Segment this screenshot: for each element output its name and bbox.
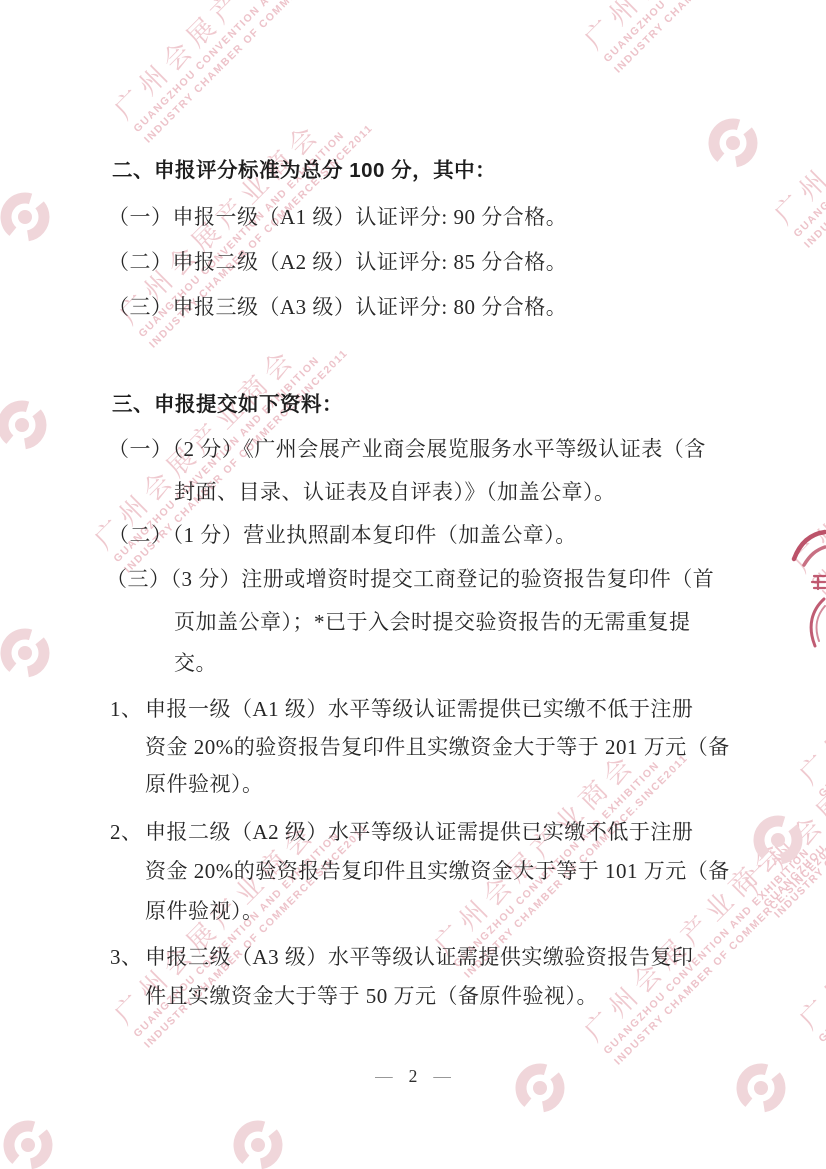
section-two-item-1: （一）申报一级（A1 级）认证评分: 90 分合格。 bbox=[108, 204, 567, 230]
section-three-heading: 三、申报提交如下资料： bbox=[112, 392, 343, 418]
footer-dash-right: — bbox=[433, 1066, 451, 1086]
page-footer: —2— bbox=[0, 1066, 826, 1087]
section-two-item-2: （二）申报二级（A2 级）认证评分: 85 分合格。 bbox=[108, 249, 567, 275]
document-page: 广州会展产业商会GUANGZHOU CONVENTION AND EXHIBIT… bbox=[0, 0, 826, 1169]
numbered-item-2-marker: 2、 bbox=[110, 819, 143, 845]
section-three-item-3-line-3: 交。 bbox=[174, 650, 217, 676]
numbered-item-3-marker: 3、 bbox=[110, 944, 143, 970]
section-three-item-2-line-1: （二）（1 分）营业执照副本复印件（加盖公章）。 bbox=[108, 522, 577, 548]
section-two-item-3: （三）申报三级（A3 级）认证评分: 80 分合格。 bbox=[108, 294, 567, 320]
numbered-item-1-line-1: 申报一级（A1 级）水平等级认证需提供已实缴不低于注册 bbox=[145, 696, 693, 722]
numbered-item-2-line-2: 资金 20%的验资报告复印件且实缴资金大于等于 101 万元（备 bbox=[145, 858, 730, 884]
numbered-item-1-line-3: 原件验视）。 bbox=[145, 771, 264, 797]
section-three-item-3-line-1: （三）（3 分）注册或增资时提交工商登记的验资报告复印件（首 bbox=[106, 566, 714, 592]
document-content: 二、申报评分标准为总分 100 分，其中： （一）申报一级（A1 级）认证评分:… bbox=[0, 0, 826, 1169]
section-three-item-1-line-2: 封面、目录、认证表及自评表）》（加盖公章）。 bbox=[174, 479, 616, 505]
numbered-item-3-line-1: 申报三级（A3 级）水平等级认证需提供实缴验资报告复印 bbox=[145, 944, 693, 970]
section-three-item-1-line-1: （一）（2 分）《广州会展产业商会展览服务水平等级认证表（含 bbox=[108, 436, 706, 462]
section-three-item-3-line-2: 页加盖公章）；*已于入会时提交验资报告的无需重复提 bbox=[174, 609, 691, 635]
section-two-heading: 二、申报评分标准为总分 100 分，其中： bbox=[112, 158, 496, 184]
numbered-item-1-line-2: 资金 20%的验资报告复印件且实缴资金大于等于 201 万元（备 bbox=[145, 734, 730, 760]
page-number: 2 bbox=[409, 1066, 418, 1086]
numbered-item-1-marker: 1、 bbox=[110, 696, 143, 722]
footer-dash-left: — bbox=[375, 1066, 393, 1086]
numbered-item-2-line-3: 原件验视）。 bbox=[145, 898, 264, 924]
numbered-item-2-line-1: 申报二级（A2 级）水平等级认证需提供已实缴不低于注册 bbox=[145, 819, 693, 845]
numbered-item-3-line-2: 件且实缴资金大于等于 50 万元（备原件验视）。 bbox=[145, 983, 598, 1009]
